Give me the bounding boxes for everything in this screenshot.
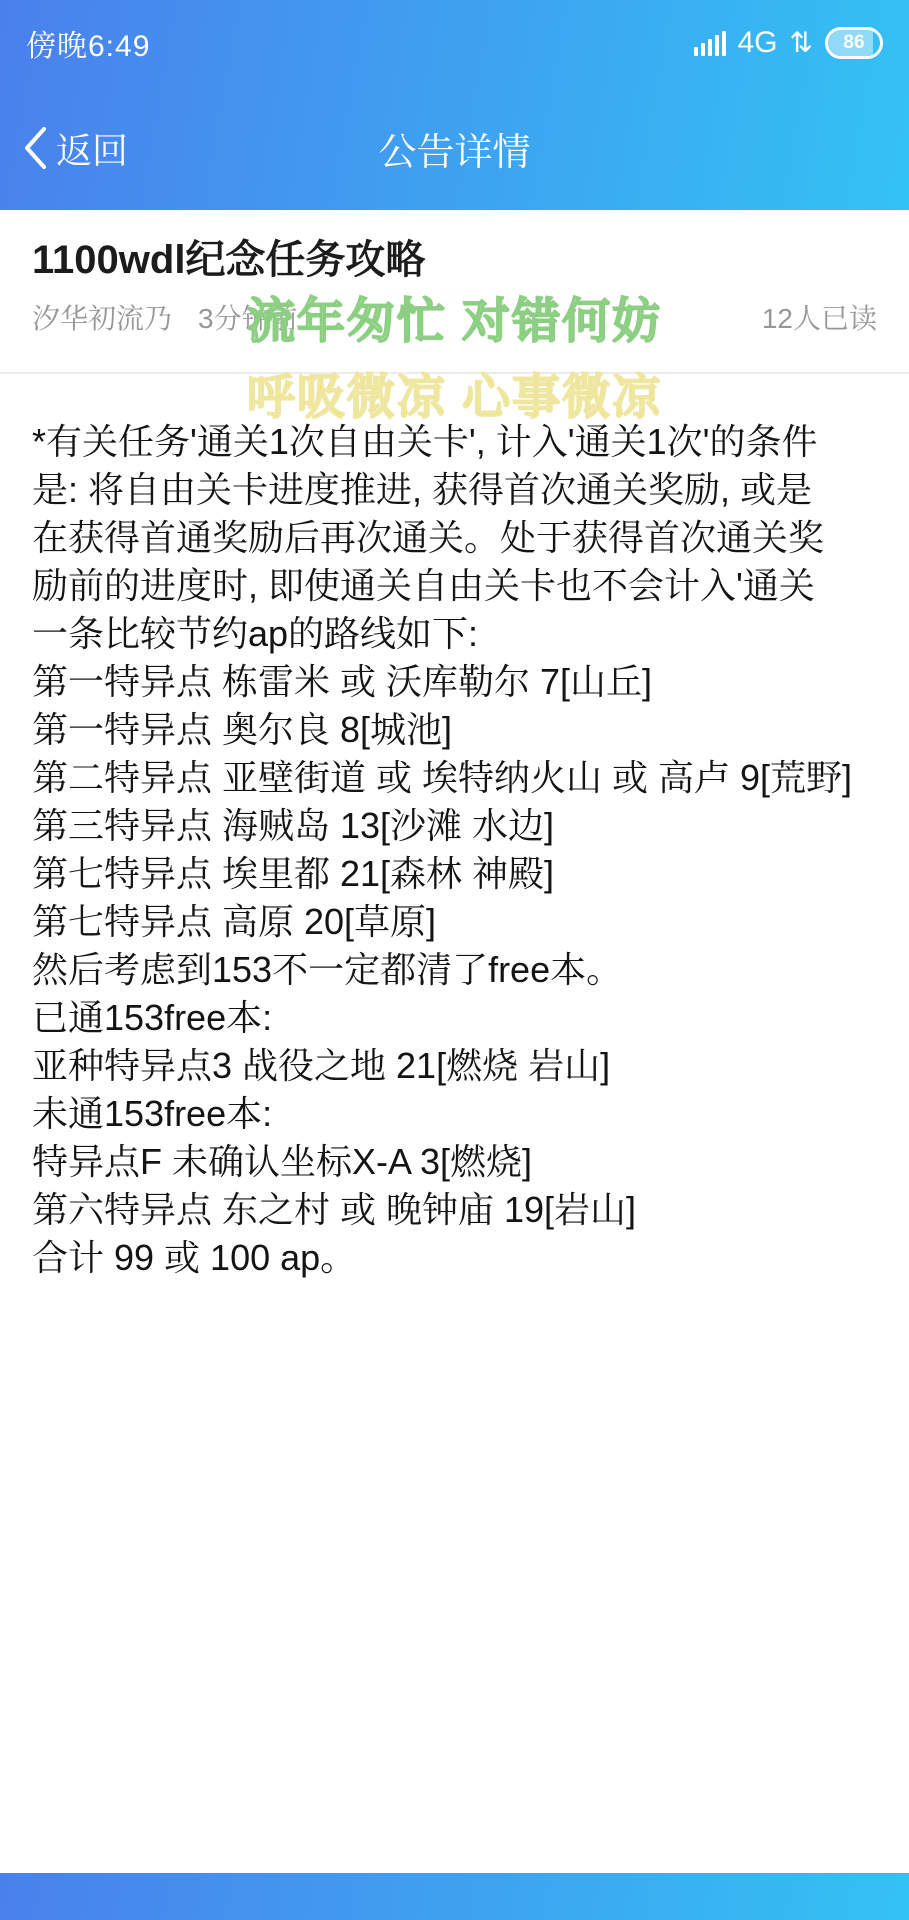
body-line: 是: 将自由关卡进度推进, 获得首次通关奖励, 或是 [32, 466, 877, 514]
article-title: 1100wdl纪念任务攻略 [32, 236, 877, 284]
body-line: 特异点F 未确认坐标X-A 3[燃烧] [32, 1138, 877, 1186]
body-line: 第一特异点 奥尔良 8[城池] [32, 706, 877, 754]
article-head: 1100wdl纪念任务攻略 汐华初流乃 3分钟前 12人已读 [0, 236, 909, 336]
body-line: 亚种特异点3 战役之地 21[燃烧 岩山] [32, 1042, 877, 1090]
body-line: 第七特异点 高原 20[草原] [32, 898, 877, 946]
body-line: 一条比较节约ap的路线如下: [32, 610, 877, 658]
body-line: 第一特异点 栋雷米 或 沃库勒尔 7[山丘] [32, 658, 877, 706]
network-arrows-icon: ⇅ [790, 29, 813, 57]
nav-bar: 返回 公告详情 [0, 86, 909, 210]
body-line: 合计 99 或 100 ap。 [32, 1234, 877, 1282]
body-line: 第七特异点 埃里都 21[森林 神殿] [32, 850, 877, 898]
battery-percent: 86 [843, 32, 864, 54]
header: 傍晚6:49 4G ⇅ 86 返回 公告详情 [0, 0, 909, 210]
network-type-label: 4G [738, 26, 778, 60]
body-line: 在获得首通奖励后再次通关。处于获得首次通关奖 [32, 514, 877, 562]
read-count: 12人已读 [762, 302, 877, 336]
status-icons: 4G ⇅ 86 [694, 26, 884, 60]
announcement-detail-screen: 傍晚6:49 4G ⇅ 86 返回 公告详情 [0, 0, 909, 1920]
body-line: *有关任务'通关1次自由关卡', 计入'通关1次'的条件 [32, 418, 877, 466]
body-line: 励前的进度时, 即使通关自由关卡也不会计入'通关 [32, 562, 877, 610]
signal-strength-icon [694, 30, 726, 56]
body-line: 第二特异点 亚壁街道 或 埃特纳火山 或 高卢 9[荒野] [32, 754, 877, 802]
article-meta: 汐华初流乃 3分钟前 12人已读 [32, 302, 877, 336]
body-line: 第六特异点 东之村 或 晚钟庙 19[岩山] [32, 1186, 877, 1234]
body-line: 第三特异点 海贼岛 13[沙滩 水边] [32, 802, 877, 850]
status-bar: 傍晚6:49 4G ⇅ 86 [0, 0, 909, 86]
body-line: 未通153free本: [32, 1090, 877, 1138]
body-line: 已通153free本: [32, 994, 877, 1042]
bottom-bar [0, 1873, 909, 1920]
status-time: 傍晚6:49 [26, 21, 150, 65]
article-author: 汐华初流乃 [32, 302, 172, 336]
page-title: 公告详情 [0, 121, 909, 176]
article-content: 1100wdl纪念任务攻略 汐华初流乃 3分钟前 12人已读 *有关任务'通关1… [0, 210, 909, 1920]
battery-icon: 86 [825, 27, 883, 59]
body-line: 然后考虑到153不一定都清了free本。 [32, 946, 877, 994]
article-body: *有关任务'通关1次自由关卡', 计入'通关1次'的条件 是: 将自由关卡进度推… [0, 374, 909, 1282]
article-time-ago: 3分钟前 [198, 302, 298, 336]
